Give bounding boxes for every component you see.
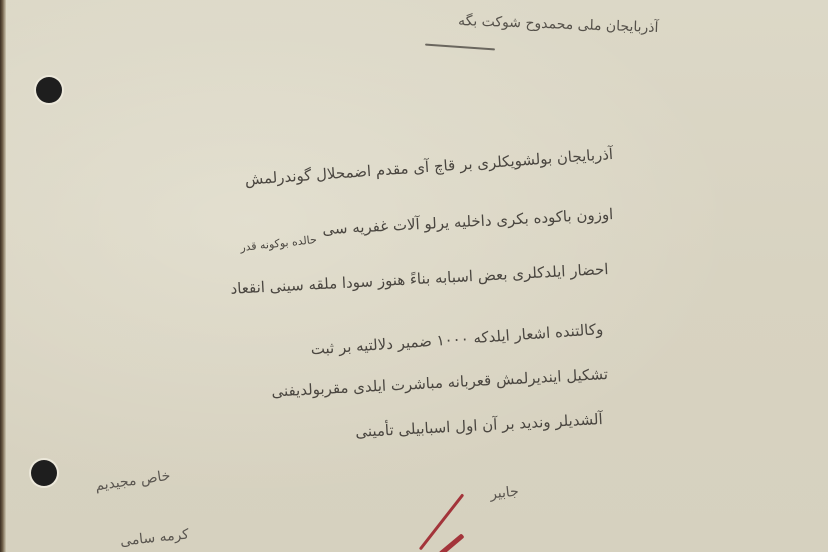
left-signature: خاص مجیدیم — [94, 468, 171, 494]
body-line-2: اوزون باکوده بکری داخلیه یرلو آلات غفریه… — [322, 205, 614, 238]
punch-hole-bottom — [31, 460, 57, 486]
page-edge-shadow — [0, 0, 6, 552]
body-line-6: آلشدیلر وندید بر آن اول اسبابیلی تأمینی — [355, 410, 603, 441]
punch-hole-top — [36, 77, 62, 103]
body-line-3: احضار ایلدکلری بعض اسبابه بناءً هنوز سود… — [230, 260, 609, 298]
right-signature: جابیر — [489, 484, 519, 503]
heading-underline — [425, 44, 495, 51]
interlinear-note: حالده بوکونه قدر — [240, 233, 318, 254]
body-line-4: وکالتنده اشعار ایلدکه ۱۰۰۰ ضمیر دلالتیه … — [310, 320, 604, 358]
red-ink-stroke-2 — [438, 533, 464, 552]
body-line-5: تشکیل ایندیرلمش قعربانه مباشرت ایلدی مقر… — [271, 365, 608, 401]
body-line-1: آذربایجان بولشویکلری بر قاچ آی مقدم اضمح… — [244, 145, 613, 189]
left-signature-line2: کرمه سامی — [119, 526, 189, 549]
document-page: آذربایجان ملی محمدوح شوکت بگه آذربایجان … — [0, 0, 828, 552]
document-heading: آذربایجان ملی محمدوح شوکت بگه — [457, 13, 658, 36]
